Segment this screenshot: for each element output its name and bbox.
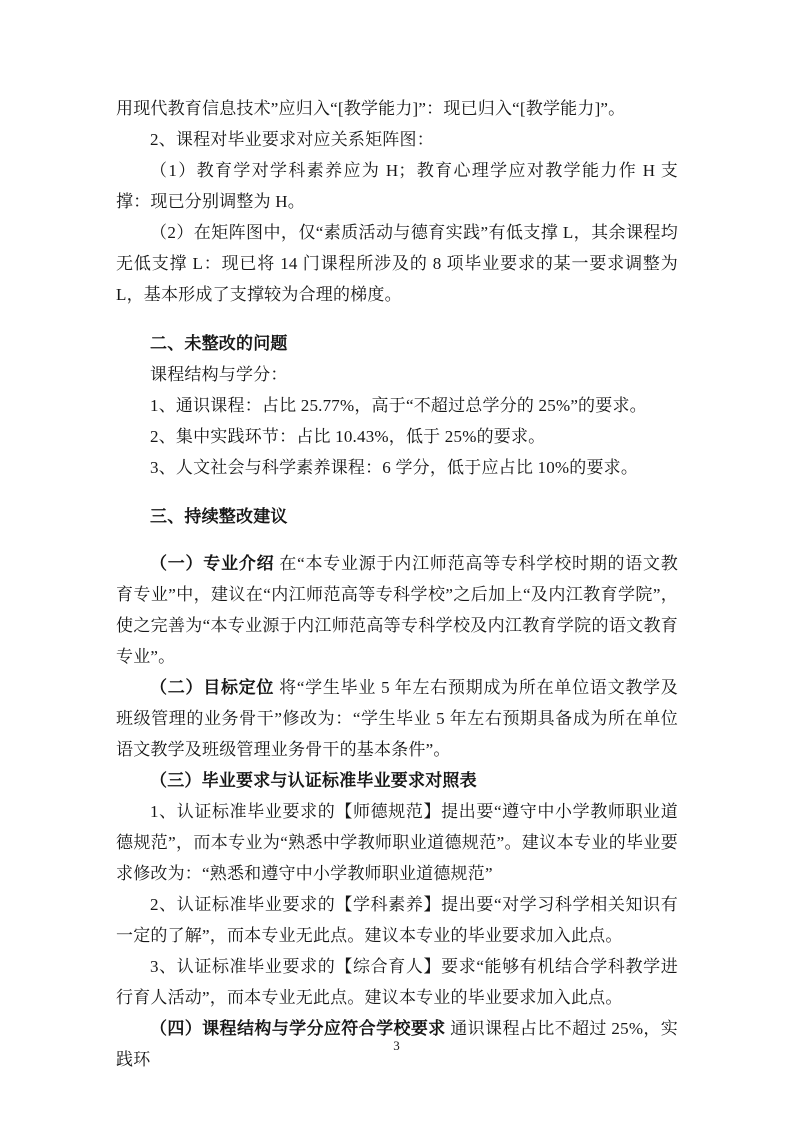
paragraph-suggestion-1: （一）专业介绍 在“本专业源于内江师范高等专科学校时期的语文教育专业”中，建议在… [116, 548, 678, 672]
suggestion-4-label: （四）课程结构与学分应符合学校要求 [150, 1019, 446, 1038]
section-heading-2: 二、未整改的问题 [116, 328, 678, 359]
paragraph-credits-item-1: 1、通识课程：占比 25.77%，高于“不超过总学分的 25%”的要求。 [116, 390, 678, 421]
suggestion-1-label: （一）专业介绍 [150, 554, 274, 573]
paragraph-suggestion-3-item-1: 1、认证标准毕业要求的【师德规范】提出要“遵守中小学教师职业道德规范”，而本专业… [116, 796, 678, 889]
document-body: 用现代教育信息技术”应归入“[教学能力]”：现已归入“[教学能力]”。 2、课程… [116, 93, 678, 1075]
paragraph-matrix-item-2: （2）在矩阵图中，仅“素质活动与德育实践”有低支撑 L，其余课程均无低支撑 L：… [116, 217, 678, 310]
paragraph-suggestion-3-item-3: 3、认证标准毕业要求的【综合育人】要求“能够有机结合学科教学进行育人活动”，而本… [116, 951, 678, 1013]
paragraph-matrix-item-1: （1）教育学对学科素养应为 H；教育心理学应对教学能力作 H 支撑：现已分别调整… [116, 155, 678, 217]
page-number: 3 [0, 1038, 793, 1054]
document-page: 用现代教育信息技术”应归入“[教学能力]”：现已归入“[教学能力]”。 2、课程… [0, 0, 793, 1122]
paragraph-credits-item-3: 3、人文社会与科学素养课程：6 学分，低于应占比 10%的要求。 [116, 452, 678, 483]
paragraph-matrix-intro: 2、课程对毕业要求对应关系矩阵图： [116, 124, 678, 155]
section-heading-3: 三、持续整改建议 [116, 501, 678, 532]
paragraph-credits-item-2: 2、集中实践环节：占比 10.43%，低于 25%的要求。 [116, 421, 678, 452]
suggestion-2-label: （二）目标定位 [150, 678, 274, 697]
suggestion-3-heading: （三）毕业要求与认证标准毕业要求对照表 [116, 765, 678, 796]
paragraph-continuation: 用现代教育信息技术”应归入“[教学能力]”：现已归入“[教学能力]”。 [116, 93, 678, 124]
paragraph-credits-intro: 课程结构与学分： [116, 359, 678, 390]
paragraph-suggestion-2: （二）目标定位 将“学生毕业 5 年左右预期成为所在单位语文教学及班级管理的业务… [116, 672, 678, 765]
paragraph-suggestion-3-item-2: 2、认证标准毕业要求的【学科素养】提出要“对学习科学相关知识有一定的了解”，而本… [116, 889, 678, 951]
